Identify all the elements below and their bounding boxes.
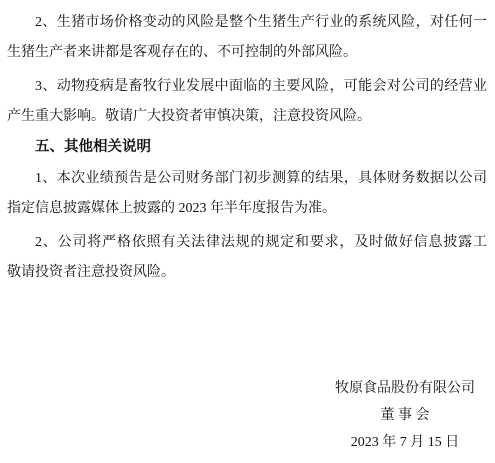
paragraph-line: 3、动物疫病是畜牧行业发展中面临的主要风险，可能会对公司的经营业绩 [7,72,487,102]
signature-company-name: 牧原食品股份有限公司 [335,375,475,402]
paragraph-line: 1、本次业绩预告是公司财务部门初步测算的结果，具体财务数据以公司在 [7,164,487,194]
document-page: 2、生猪市场价格变动的风险是整个生猪生产行业的系统风险，对任何一家 生猪生产者来… [0,0,495,463]
paragraph-disclosure-compliance: 2、公司将严格依照有关法律法规的规定和要求，及时做好信息披露工作， 敬请投资者注… [7,228,487,288]
signature-date: 2023 年 7 月 15 日 [335,429,475,456]
signature-board-of-directors: 董 事 会 [335,402,475,429]
paragraph-forecast-preliminary: 1、本次业绩预告是公司财务部门初步测算的结果，具体财务数据以公司在 指定信息披露… [7,164,487,224]
paragraph-animal-disease-risk: 3、动物疫病是畜牧行业发展中面临的主要风险，可能会对公司的经营业绩 产生重大影响… [7,72,487,132]
paragraph-line: 指定信息披露媒体上披露的 2023 年半年度报告为准。 [7,194,487,224]
signature-block: 牧原食品股份有限公司 董 事 会 2023 年 7 月 15 日 [335,375,475,456]
paragraph-line: 2、公司将严格依照有关法律法规的规定和要求，及时做好信息披露工作， [7,228,487,258]
paragraph-line: 产生重大影响。敬请广大投资者审慎决策，注意投资风险。 [7,102,487,132]
paragraph-line: 生猪生产者来讲都是客观存在的、不可控制的外部风险。 [7,38,487,68]
section-heading-other-notes: 五、其他相关说明 [7,132,487,162]
paragraph-line: 敬请投资者注意投资风险。 [7,258,487,288]
paragraph-pig-market-risk: 2、生猪市场价格变动的风险是整个生猪生产行业的系统风险，对任何一家 生猪生产者来… [7,8,487,68]
paragraph-line: 2、生猪市场价格变动的风险是整个生猪生产行业的系统风险，对任何一家 [7,8,487,38]
